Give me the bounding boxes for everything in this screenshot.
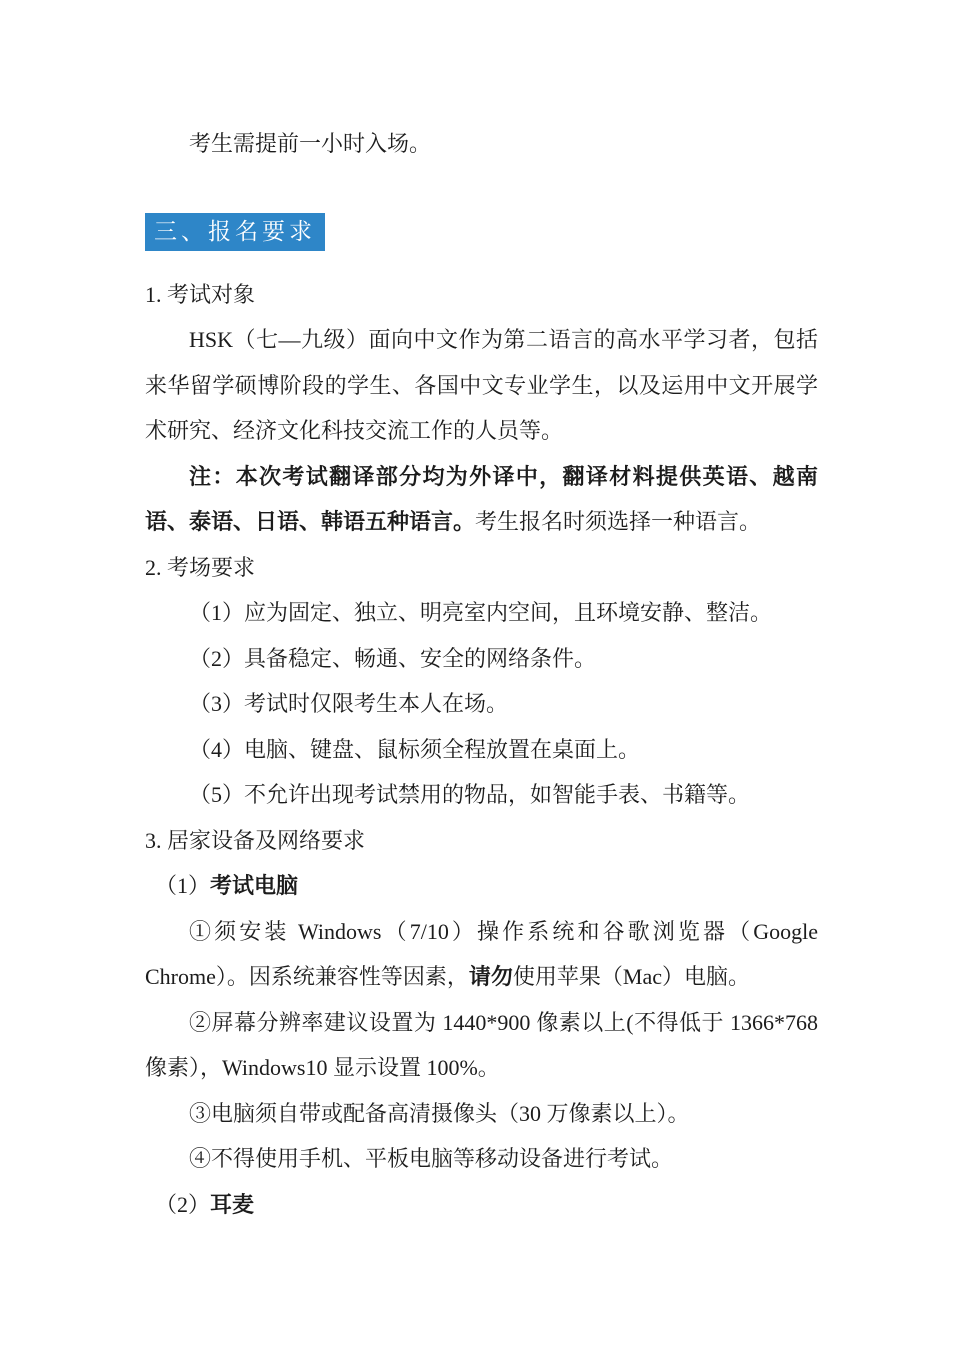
subsection-3-title: 3. 居家设备及网络要求	[145, 818, 818, 864]
computer-item-4: ④不得使用手机、平板电脑等移动设备进行考试。	[145, 1136, 818, 1182]
equipment-1-title: （1）考试电脑	[155, 863, 818, 909]
venue-item-2: （2）具备稳定、畅通、安全的网络条件。	[145, 636, 818, 682]
equipment-1-label: 考试电脑	[210, 873, 298, 898]
section-heading-row: 三、报名要求	[145, 213, 818, 251]
intro-paragraph: 考生需提前一小时入场。	[145, 121, 818, 167]
computer-item-2: ②屏幕分辨率建议设置为 1440*900 像素以上(不得低于 1366*768 …	[145, 1000, 818, 1091]
equipment-2-title: （2）耳麦	[155, 1182, 818, 1228]
venue-item-5: （5）不允许出现考试禁用的物品，如智能手表、书籍等。	[145, 772, 818, 818]
translation-note-paragraph: 注：本次考试翻译部分均为外译中，翻译材料提供英语、越南语、泰语、日语、韩语五种语…	[145, 454, 818, 545]
equipment-2-label: 耳麦	[210, 1192, 254, 1217]
computer-item-1: ①须安装 Windows（7/10）操作系统和谷歌浏览器（Google Chro…	[145, 909, 818, 1000]
venue-item-4: （4）电脑、键盘、鼠标须全程放置在桌面上。	[145, 727, 818, 773]
computer-item-1-bold: 请勿	[469, 964, 513, 989]
translation-note-normal: 考生报名时须选择一种语言。	[475, 509, 761, 534]
section-heading-highlight: 三、报名要求	[145, 213, 325, 251]
subsection-1-title: 1. 考试对象	[145, 272, 818, 318]
venue-item-1: （1）应为固定、独立、明亮室内空间，且环境安静、整洁。	[145, 590, 818, 636]
subsection-2-title: 2. 考场要求	[145, 545, 818, 591]
equipment-1-number: （1）	[155, 873, 210, 898]
equipment-2-number: （2）	[155, 1192, 210, 1217]
computer-item-1-post: 使用苹果（Mac）电脑。	[513, 964, 750, 989]
exam-target-paragraph: HSK（七—九级）面向中文作为第二语言的高水平学习者，包括来华留学硕博阶段的学生…	[145, 317, 818, 454]
document-body: 考生需提前一小时入场。 三、报名要求 1. 考试对象 HSK（七—九级）面向中文…	[0, 0, 960, 1357]
computer-item-3: ③电脑须自带或配备高清摄像头（30 万像素以上）。	[145, 1091, 818, 1137]
venue-item-3: （3）考试时仅限考生本人在场。	[145, 681, 818, 727]
document-page: 考生需提前一小时入场。 三、报名要求 1. 考试对象 HSK（七—九级）面向中文…	[0, 0, 960, 1357]
